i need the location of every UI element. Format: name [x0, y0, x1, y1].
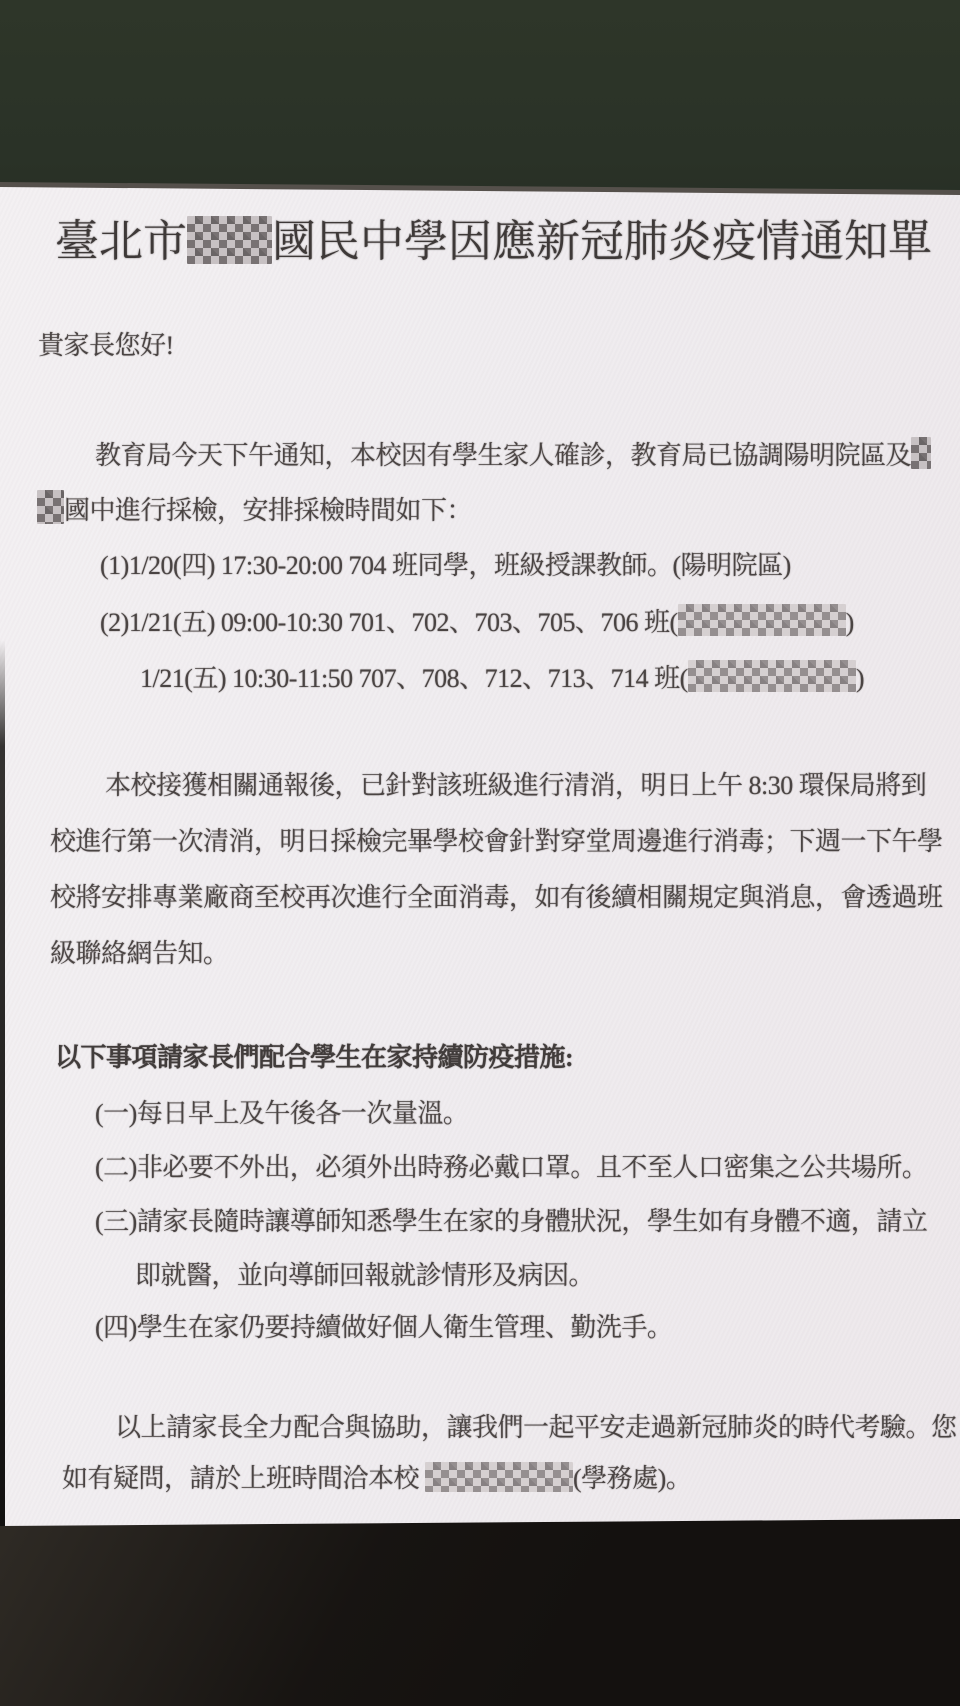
- schedule-item-3-text: 1/21(五) 10:30-11:50 707、708、712、713、714 …: [140, 664, 688, 693]
- title-suffix: 國民中學因應新冠肺炎疫情通知單: [272, 217, 932, 266]
- schedule-item-3-close: ): [856, 664, 864, 693]
- cleaning-line-2: 校進行第一次清消，明日採檢完畢學校會針對穿堂周邊進行消毒；下週一下午學: [50, 826, 943, 857]
- cleaning-line-4: 級聯絡網告知。: [50, 938, 229, 969]
- redacted-school-abbrev: [37, 490, 64, 524]
- measures-item-3-line-2: 即就醫，並向導師回報就診情形及病因。: [135, 1260, 594, 1291]
- measures-item-3-line-1: (三)請家長隨時讓導師知悉學生在家的身體狀況，學生如有身體不適，請立: [95, 1206, 927, 1237]
- redacted-location-1: [678, 604, 846, 636]
- redacted-school-name-edge: [911, 437, 931, 469]
- dark-bottom-backdrop: [0, 1500, 960, 1706]
- photo-left-edge: [0, 640, 5, 1526]
- photo-of-notice: 臺北市國民中學因應新冠肺炎疫情通知單 貴家長您好! 教育局今天下午通知，本校因有…: [0, 0, 960, 1706]
- measures-item-1: (一)每日早上及午後各一次量溫。: [95, 1098, 468, 1129]
- schedule-item-2: (2)1/21(五) 09:00-10:30 701、702、703、705、7…: [100, 604, 854, 638]
- measures-heading: 以下事項請家長們配合學生在家持續防疫措施:: [55, 1042, 573, 1073]
- schedule-item-1: (1)1/20(四) 17:30-20:00 704 班同學，班級授課教師。(陽…: [100, 550, 791, 581]
- redacted-school-name: [187, 216, 272, 264]
- schedule-item-2-text: (2)1/21(五) 09:00-10:30 701、702、703、705、7…: [100, 608, 678, 637]
- schedule-item-3: 1/21(五) 10:30-11:50 707、708、712、713、714 …: [140, 660, 864, 694]
- intro-line-2: 國中進行採檢，安排採檢時間如下：: [37, 490, 472, 526]
- closing-line-1: 以上請家長全力配合與協助，讓我們一起平安走過新冠肺炎的時代考驗。您: [115, 1412, 957, 1443]
- redacted-location-2: [688, 660, 856, 692]
- measures-item-2: (二)非必要不外出，必須外出時務必戴口罩。且不至人口密集之公共場所。: [95, 1152, 927, 1183]
- cleaning-line-1: 本校接獲相關通報後，已針對該班級進行清消，明日上午 8:30 環保局將到: [105, 770, 926, 801]
- closing-line-2-close: (學務處)。: [573, 1464, 691, 1493]
- notice-title: 臺北市國民中學因應新冠肺炎疫情通知單: [55, 216, 932, 269]
- intro-line-2-text: 國中進行採檢，安排採檢時間如下：: [64, 496, 472, 525]
- closing-line-2: 如有疑問，請於上班時間洽本校 (學務處)。: [62, 1462, 691, 1494]
- intro-line-1-text: 教育局今天下午通知，本校因有學生家人確診，教育局已協調陽明院區及: [95, 441, 911, 470]
- closing-line-2-text: 如有疑問，請於上班時間洽本校: [62, 1464, 425, 1493]
- measures-item-4: (四)學生在家仍要持續做好個人衛生管理、勤洗手。: [95, 1312, 672, 1343]
- schedule-item-2-close: ): [846, 608, 854, 637]
- cleaning-line-3: 校將安排專業廠商至校再次進行全面消毒，如有後續相關規定與消息，會透過班: [50, 882, 943, 913]
- redacted-phone-number: [425, 1462, 573, 1492]
- intro-line-1: 教育局今天下午通知，本校因有學生家人確診，教育局已協調陽明院區及: [95, 437, 931, 471]
- title-prefix: 臺北市: [55, 217, 187, 266]
- greeting: 貴家長您好!: [38, 330, 174, 361]
